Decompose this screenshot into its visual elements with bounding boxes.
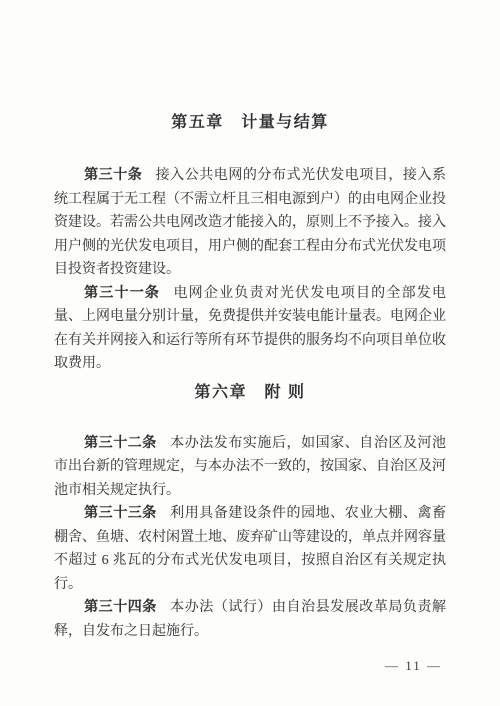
article-32: 第三十二条本办法发布实施后，如国家、自治区及河池市出台新的管理规定，与本办法不一… xyxy=(54,432,446,503)
article-30-text: 接入公共电网的分布式光伏发电项目，接入系统工程属于无工程（不需立杆且三相电源到户… xyxy=(54,168,446,277)
document-page: 第五章 计量与结算 第三十条接入公共电网的分布式光伏发电项目，接入系统工程属于无… xyxy=(0,0,500,706)
article-34-label: 第三十四条 xyxy=(84,600,157,615)
article-33-label: 第三十三条 xyxy=(84,506,157,521)
article-30-label: 第三十条 xyxy=(84,168,142,183)
article-30: 第三十条接入公共电网的分布式光伏发电项目，接入系统工程属于无工程（不需立杆且三相… xyxy=(54,164,446,282)
article-31-label: 第三十一条 xyxy=(84,286,160,301)
article-34: 第三十四条本办法（试行）由自治县发展改革局负责解释，自发布之日起施行。 xyxy=(54,596,446,643)
chapter-5-heading: 第五章 计量与结算 xyxy=(54,112,446,134)
article-32-label: 第三十二条 xyxy=(84,436,157,451)
article-31: 第三十一条电网企业负责对光伏发电项目的全部发电量、上网电量分别计量，免费提供并安… xyxy=(54,282,446,376)
article-33: 第三十三条利用具备建设条件的园地、农业大棚、禽畜棚舍、鱼塘、农村闲置土地、废弃矿… xyxy=(54,502,446,596)
chapter-6-heading: 第六章 附 则 xyxy=(54,382,446,404)
page-number: — 11 — xyxy=(385,658,442,674)
